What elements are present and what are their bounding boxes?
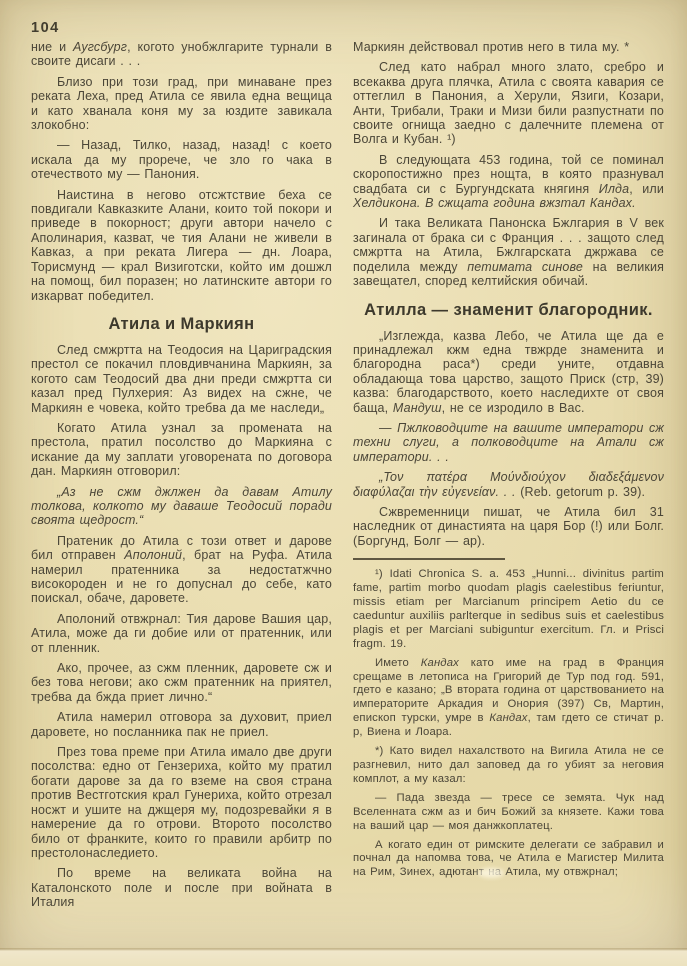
paragraph: След като набрал много злато, сребро и в… — [353, 60, 664, 146]
paragraph: След смжртта на Теодосия на Цариградския… — [31, 343, 332, 415]
two-column-text: ние и Аугсбург, когото унобжлгарите турн… — [31, 40, 664, 916]
emphasis-text: Аугсбург — [73, 40, 127, 54]
paragraph: „Изглежда, казва Лебо, че Атила ще да е … — [353, 329, 664, 415]
paragraph: — Назад, Тилко, назад, назад! с което ис… — [31, 138, 332, 181]
left-column: ние и Аугсбург, когото унобжлгарите турн… — [31, 40, 332, 916]
emphasis-text: Аполоний — [124, 548, 182, 562]
paragraph: Атила намерил отговора за духовит, приел… — [31, 710, 332, 739]
page-number: 104 — [31, 20, 60, 36]
quote-paragraph: — Пжлководците на вашите императори сж т… — [353, 421, 664, 464]
scan-artifact — [478, 868, 504, 878]
page-bottom-edge — [0, 948, 687, 966]
paragraph: Когато Атила узнал за промената на прест… — [31, 421, 332, 479]
footnote: ¹) Idati Chronica S. a. 453 „Hunni... di… — [353, 568, 664, 651]
emphasis-text: Хелдикона. В сжщата година вжзтал Кандах… — [353, 196, 636, 210]
paragraph: Сжвременници пишат, че Атила бил 31 насл… — [353, 505, 664, 548]
emphasis-text: Илда — [599, 182, 629, 196]
emphasis-text: Кандах — [421, 657, 459, 669]
paragraph: Аполоний отвжрнал: Тия дарове Вашия цар,… — [31, 612, 332, 655]
scanned-book-page: 104 ние и Аугсбург, когото унобжлгарите … — [0, 0, 687, 966]
text-run: ние и — [31, 40, 73, 54]
text-run: Името — [375, 657, 421, 669]
footnote-divider — [353, 558, 505, 560]
emphasis-text: Кандах — [489, 712, 527, 724]
right-column: Маркиян действовал против него в тила му… — [353, 40, 664, 916]
text-run: , не се изродило в Вас. — [442, 401, 585, 415]
paragraph: Ако, прочее, аз сжм пленник, даровете сж… — [31, 661, 332, 704]
quote-paragraph: „Аз не сжм джлжен да давам Атилу толкова… — [31, 485, 332, 528]
paragraph: В следующата 453 година, той се поминал … — [353, 153, 664, 211]
paragraph: През това преме при Атила имало две друг… — [31, 745, 332, 860]
section-heading: Атила и Маркиян — [31, 314, 332, 334]
footnote: Името Кандах като име на град в Франция … — [353, 657, 664, 740]
footnote: — Пада звезда — тресе се земята. Чук над… — [353, 792, 664, 834]
text-run: , или — [629, 182, 664, 196]
text-run: (Reb. getorum p. 39). — [520, 485, 645, 499]
paragraph: Наистина в негово отсжтствие беха се пов… — [31, 188, 332, 303]
paragraph: Близо при този град, при минаване през р… — [31, 75, 332, 133]
paragraph: ние и Аугсбург, когото унобжлгарите турн… — [31, 40, 332, 69]
paragraph: И така Великата Панонска Бжлгария в V ве… — [353, 216, 664, 288]
paragraph: Маркиян действовал против него в тила му… — [353, 40, 664, 54]
footnote: *) Като видел нахалството на Вигила Атил… — [353, 745, 664, 787]
emphasis-text: петимата синове — [467, 260, 583, 274]
footnote: А когато един от римските делегати се за… — [353, 839, 664, 881]
section-heading: Атилла — знаменит благородник. — [353, 300, 664, 320]
paragraph: По време на великата война на Каталонско… — [31, 866, 332, 909]
paragraph: Пратеник до Атила с този ответ и дарове … — [31, 534, 332, 606]
emphasis-text: Мандуш — [393, 401, 442, 415]
greek-citation-paragraph: „Τον πατέρα Μούνδιούχον διαδεξάμενον δια… — [353, 470, 664, 499]
